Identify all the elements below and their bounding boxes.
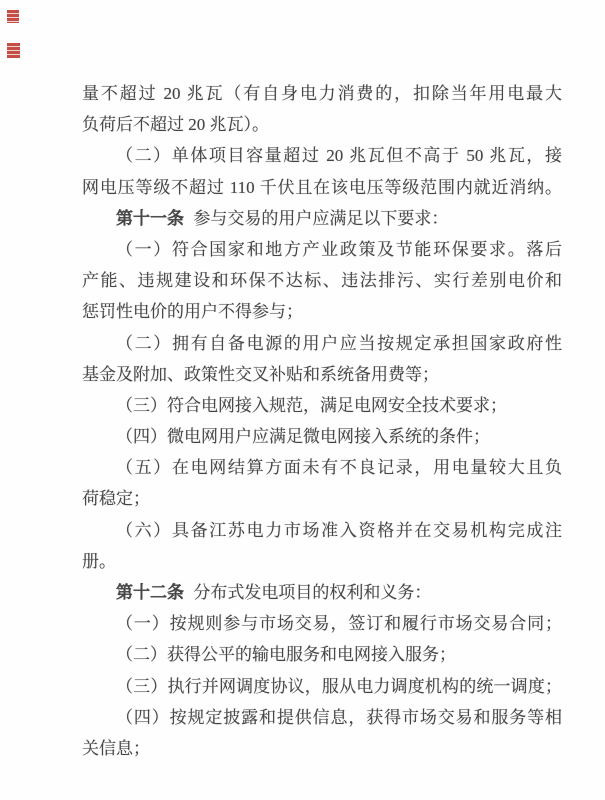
text-line: 网电压等级不超过 110 千伏且在该电压等级范围内就近消纳。	[82, 172, 562, 203]
text-line: 荷稳定；	[82, 483, 562, 514]
text-line: （四）按规定披露和提供信息，获得市场交易和服务等相	[82, 702, 562, 733]
text-line: 负荷后不超过 20 兆瓦）。	[82, 109, 562, 140]
article-title: 参与交易的用户应满足以下要求：	[193, 209, 448, 228]
red-annotation-mark-icon	[7, 43, 20, 58]
text-line: （四）微电网用户应满足微电网接入系统的条件；	[82, 421, 562, 452]
article-number: 第十二条	[116, 583, 184, 602]
text-line: （三）符合电网接入规范，满足电网安全技术要求；	[82, 390, 562, 421]
text-line: 第十一条参与交易的用户应满足以下要求：	[82, 203, 562, 234]
text-line: （二）拥有自备电源的用户应当按规定承担国家政府性	[82, 328, 562, 359]
text-line: （二）单体项目容量超过 20 兆瓦但不高于 50 兆瓦，接	[82, 140, 562, 171]
text-line: 量不超过 20 兆瓦（有自身电力消费的，扣除当年用电最大	[82, 78, 562, 109]
document-text: 量不超过 20 兆瓦（有自身电力消费的，扣除当年用电最大负荷后不超过 20 兆瓦…	[82, 78, 562, 764]
text-line: 第十二条分布式发电项目的权利和义务：	[82, 577, 562, 608]
text-line: （一）符合国家和地方产业政策及节能环保要求。落后	[82, 234, 562, 265]
text-line: （六）具备江苏电力市场准入资格并在交易机构完成注	[82, 515, 562, 546]
text-line: （一）按规则参与市场交易，签订和履行市场交易合同；	[82, 608, 562, 639]
text-line: 关信息；	[82, 733, 562, 764]
red-annotation-mark-icon	[7, 10, 19, 23]
document-page: 量不超过 20 兆瓦（有自身电力消费的，扣除当年用电最大负荷后不超过 20 兆瓦…	[0, 0, 605, 800]
text-line: （二）获得公平的输电服务和电网接入服务；	[82, 639, 562, 670]
text-line: 册。	[82, 546, 562, 577]
text-line: 惩罚性电价的用户不得参与；	[82, 296, 562, 327]
article-number: 第十一条	[116, 209, 184, 228]
article-title: 分布式发电项目的权利和义务：	[193, 583, 431, 602]
text-line: 产能、违规建设和环保不达标、违法排污、实行差别电价和	[82, 265, 562, 296]
text-line: 基金及附加、政策性交叉补贴和系统备用费等；	[82, 359, 562, 390]
text-line: （三）执行并网调度协议，服从电力调度机构的统一调度；	[82, 671, 562, 702]
text-line: （五）在电网结算方面未有不良记录，用电量较大且负	[82, 452, 562, 483]
